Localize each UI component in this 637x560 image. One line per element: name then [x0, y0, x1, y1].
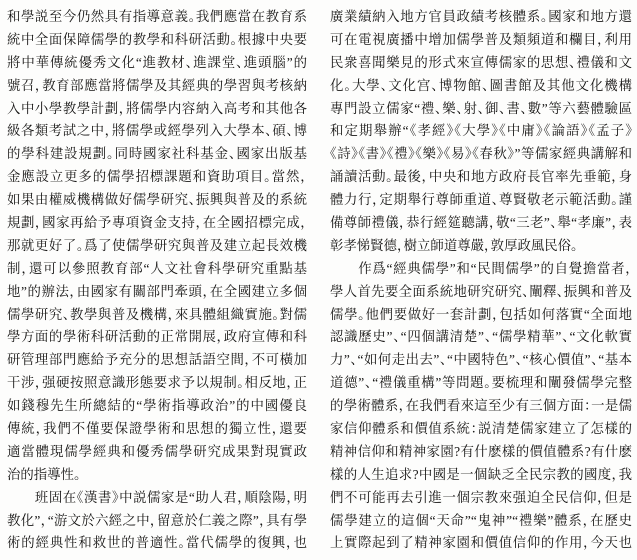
text-line: 的學科建設規劃。同時國家社科基金、國家出版基	[7, 143, 307, 166]
text-line: 金應設立更多的儒學招標課題和資助項目。當然，	[7, 166, 307, 189]
text-line: 治的指導性。	[7, 464, 307, 487]
text-line: 規劃，國家再給予專項資金支持，在全國招標完成，	[7, 212, 307, 235]
text-line: 化。大學、文化宫、博物館、圖書館及其他文化機構	[330, 75, 632, 98]
text-line: 樣的人生追求?中國是一個缺乏全民宗教的國度，我	[330, 464, 632, 487]
text-line: 學人首先要全面系統地研究研究、闡釋、振興和普及	[330, 281, 632, 304]
text-line: 上實際起到了精神家園和價值信仰的作用，今天也	[330, 532, 632, 555]
text-line: 那就更好了。爲了使儒學研究與普及建立起長效機	[7, 235, 307, 258]
text-line: 級各類考試之中，將儒學或經學列入大學本、碩、博	[7, 120, 307, 143]
text-line: 學方面的學術科研活動的正常開展，政府宣傳和科	[7, 326, 307, 349]
text-line: 術的經典性和救世的普適性。當代儒學的復興，也	[7, 532, 307, 555]
text-line: 力”、“如何走出去”、“中國特色”、“核心價值”、“基本	[330, 349, 632, 372]
text-line: 儒學研究、教學與普及機構，來具體組織實施。對儒	[7, 304, 307, 327]
text-line: 研管理部門應給予充分的思想話語空間，不可橫加	[7, 349, 307, 372]
text-column-left: 和學説至今仍然具有指導意義。我們應當在教育系統中全面保障儒學的教學和科研活動。根…	[7, 6, 307, 555]
text-line: 干涉，强硬按照意識形態要求予以規制。相反地，正	[7, 372, 307, 395]
text-line: 專門設立儒家“禮、樂、射、御、書、數”等六藝體驗區	[330, 98, 632, 121]
text-line: 作爲“經典儒學”和“民間儒學”的自覺擔當者，	[330, 258, 632, 281]
text-line: 民衆喜聞樂見的形式來宣傳儒家的思想、禮儀和文	[330, 52, 632, 75]
text-line: 彰孝悌賢德，樹立師道尊嚴，敦厚政風民俗。	[330, 235, 632, 258]
text-line: 和定期舉辦“《孝經》《大學》《中庸》《論語》《孟子》	[330, 120, 632, 143]
text-line: 統中全面保障儒學的教學和科研活動。根據中央要	[7, 29, 307, 52]
text-line: 的學術體系，在我們看來這至少有三個方面：一是儒	[330, 395, 632, 418]
text-line: 適當體現儒學經典和優秀儒學研究成果對現實政	[7, 441, 307, 464]
text-column-right: 廣業績納入地方官員政績考核體系。國家和地方還可在電視廣播中增加儒學普及類頻道和欄…	[330, 6, 632, 555]
text-line: 如錢穆先生所總結的“學術指導政治”的中國優良	[7, 395, 307, 418]
text-line: 備尊師禮儀，恭行經筵聽講，敬“三老”、舉“孝廉”，表	[330, 212, 632, 235]
text-line: 號召，教育部應當將儒學及其經典的學習與考核納	[7, 75, 307, 98]
text-line: 入中小學教學計劃，將儒學内容納入高考和其他各	[7, 98, 307, 121]
text-line: 地”的辦法，由國家有關部門牽頭，在全國建立多個	[7, 281, 307, 304]
text-line: 《詩》《書》《禮》《樂》《易》《春秋》”等儒家經典講解和	[330, 143, 632, 166]
text-line: 道德”、“禮儀重構”等問題。要梳理和闡發儒學完整	[330, 372, 632, 395]
text-line: 制，還可以參照教育部“人文社會科學研究重點基	[7, 258, 307, 281]
text-line: 傳統，我們不僅要保證學術和思想的獨立性，還要	[7, 418, 307, 441]
text-line: 精神信仰和精神家園?有什麽樣的價值體系?有什麽	[330, 441, 632, 464]
text-line: 家信仰體系和價值系統：説清楚儒家建立了怎樣的	[330, 418, 632, 441]
text-line: 如果由權威機構做好儒學研究、振興與普及的系統	[7, 189, 307, 212]
text-line: 體力行，定期舉行尊師重道、尊賢敬老示範活動。謹	[330, 189, 632, 212]
text-line: 儒學。他們要做好一套計劃，包括如何落實“全面地	[330, 304, 632, 327]
text-line: 廣業績納入地方官員政績考核體系。國家和地方還	[330, 6, 632, 29]
text-line: 儒學建立的這個“天命”“鬼神”“禮樂”體系，在歷史	[330, 510, 632, 533]
text-line: 將中華傳統優秀文化“進教材、進課堂、進頭腦”的	[7, 52, 307, 75]
text-line: 認識歷史”、“四個講清楚”、“儒學精華”、“文化軟實	[330, 326, 632, 349]
book-page: 和學説至今仍然具有指導意義。我們應當在教育系統中全面保障儒學的教學和科研活動。根…	[0, 0, 637, 555]
text-line: 和學説至今仍然具有指導意義。我們應當在教育系	[7, 6, 307, 29]
text-line: 班固在《漢書》中説儒家是“助人君，順陰陽，明	[7, 487, 307, 510]
text-line: 誦讀活動。最後，中央和地方政府長官率先垂範，身	[330, 166, 632, 189]
text-line: 們不可能再去引進一個宗教來强迫全民信仰，但是	[330, 487, 632, 510]
text-line: 教化”，“游文於六經之中，留意於仁義之際”，具有學	[7, 510, 307, 533]
text-line: 可在電視廣播中增加儒學普及類頻道和欄目，利用	[330, 29, 632, 52]
